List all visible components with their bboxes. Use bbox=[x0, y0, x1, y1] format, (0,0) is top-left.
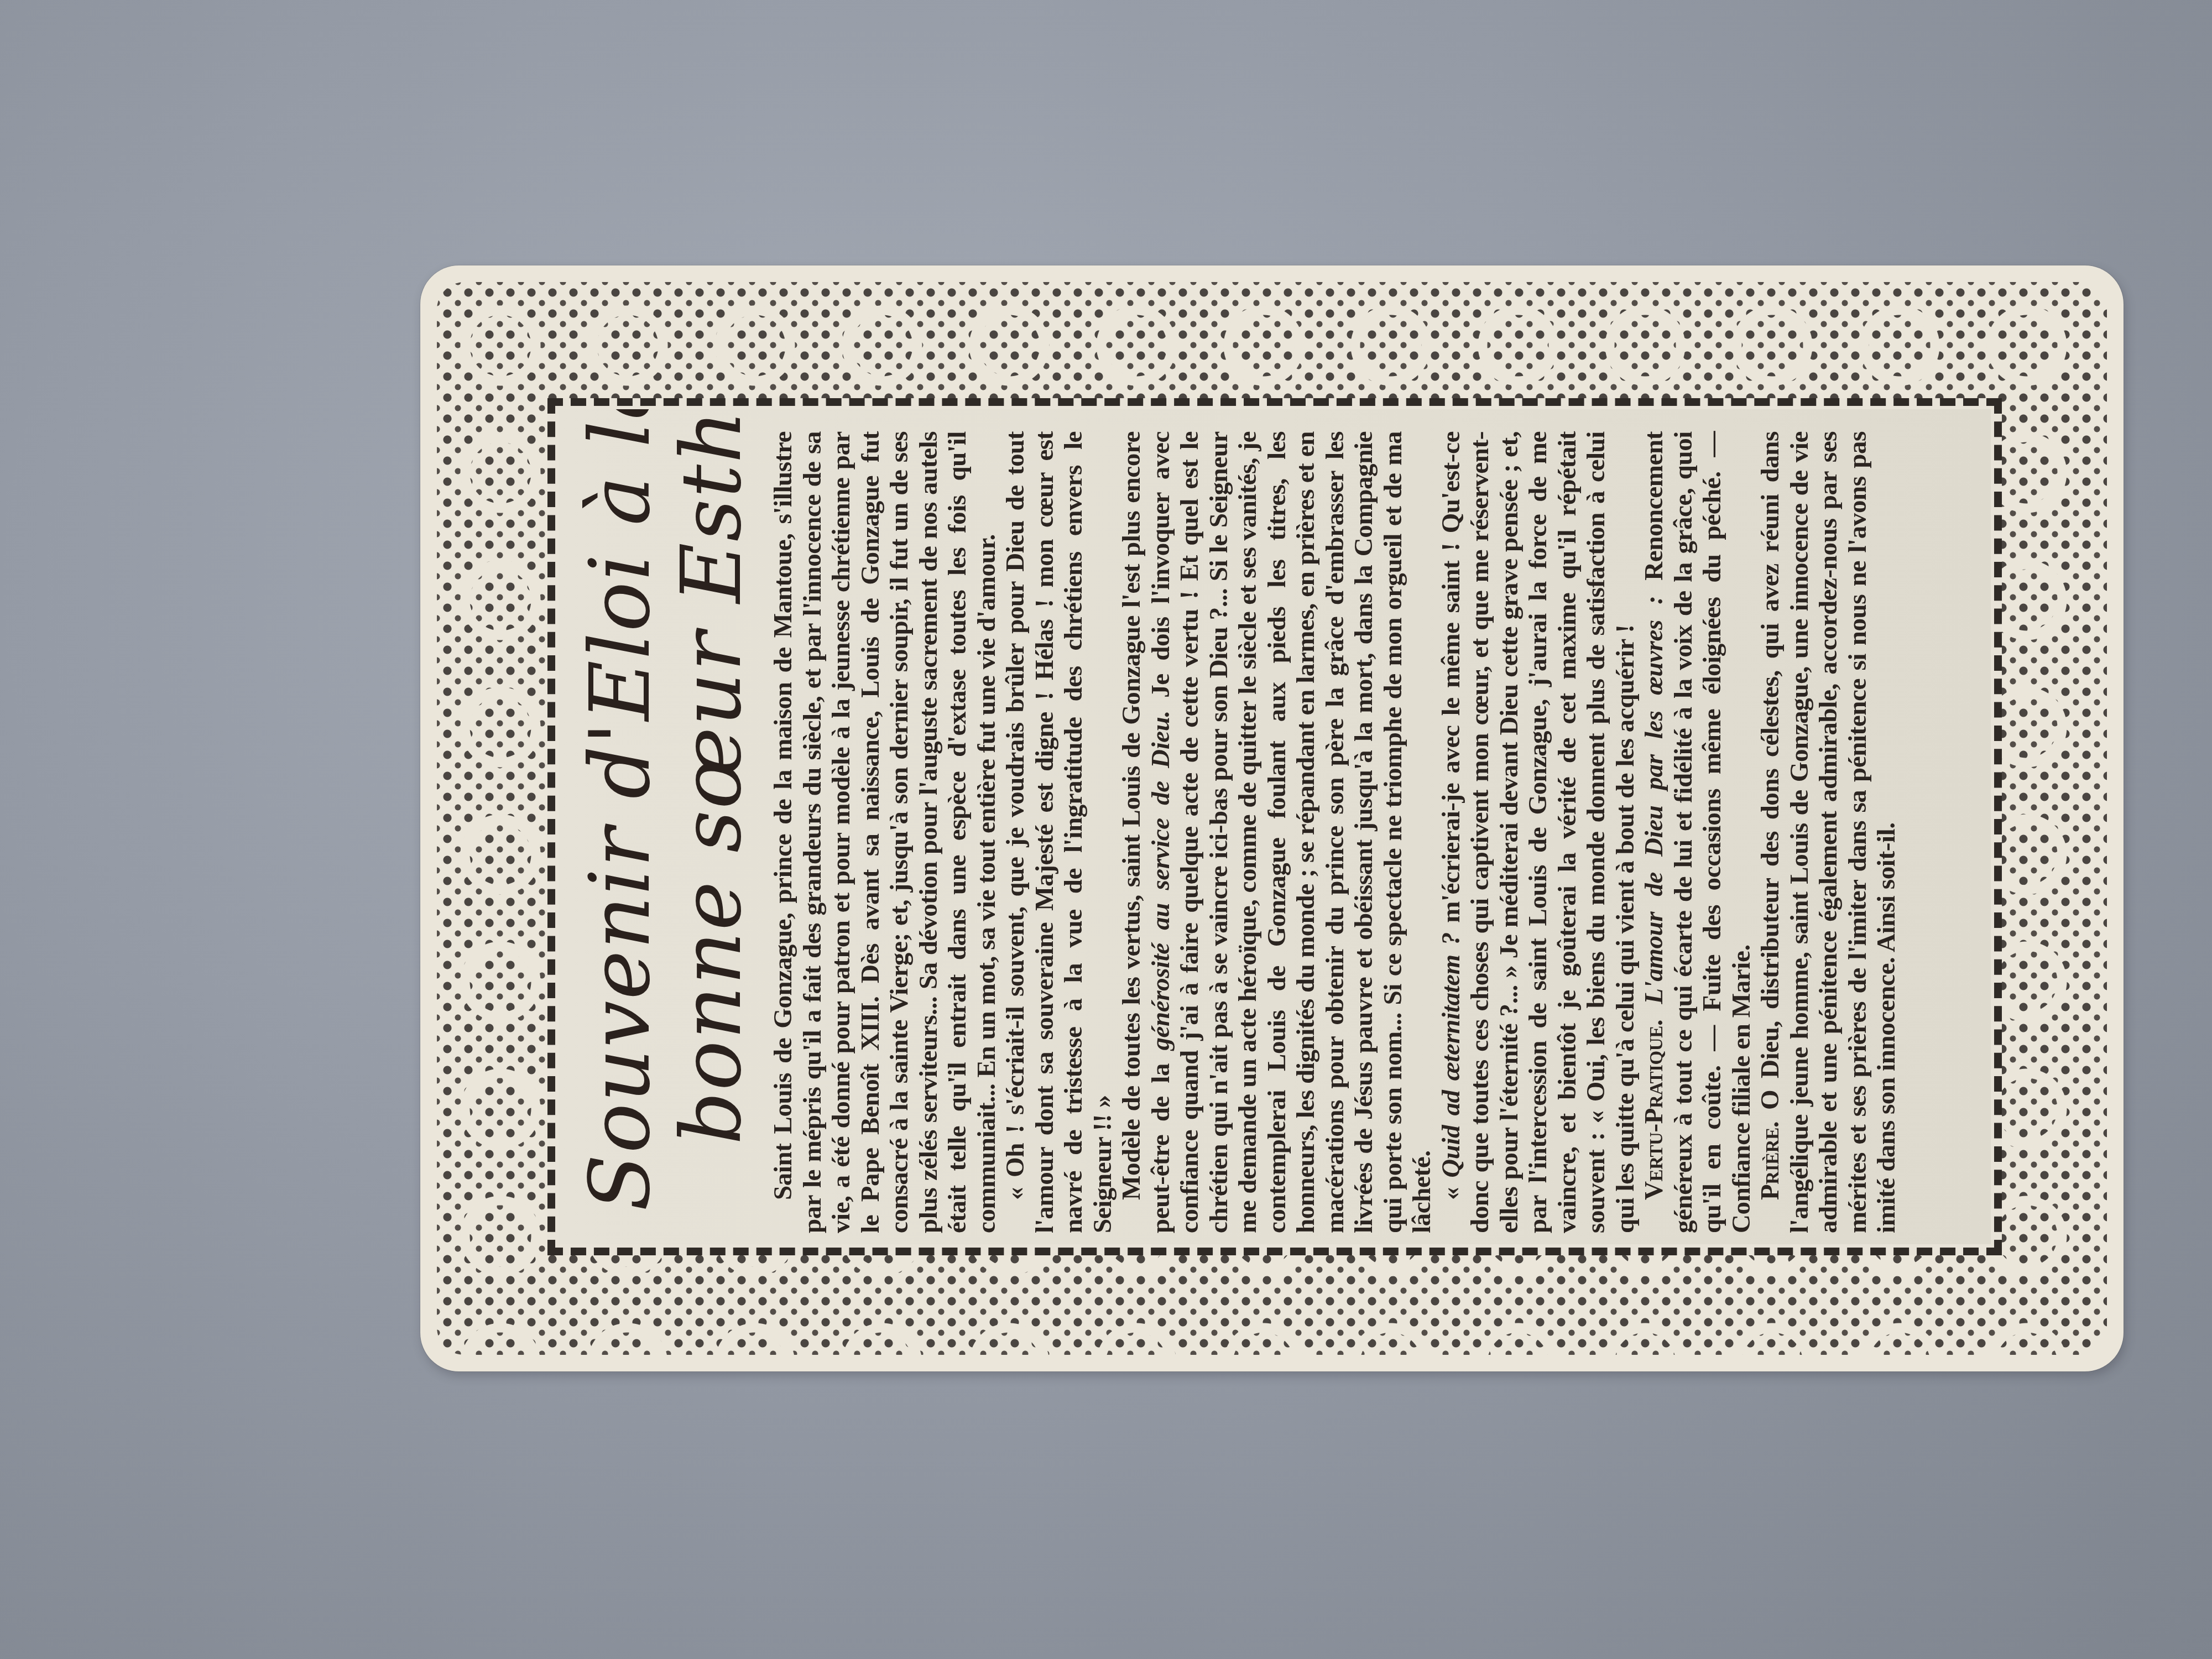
text-segment: O Dieu, distributeur des dons célestes, … bbox=[1756, 431, 1901, 1233]
text-segment: Je dois l'invoquer avec confiance quand … bbox=[1146, 431, 1437, 1233]
inscription-line-2: bonne sœur Esther bbox=[666, 431, 758, 1211]
italic-segment: générosité au service de Dieu. bbox=[1146, 711, 1175, 1050]
italic-segment: L'amour de Dieu par les œuvres : bbox=[1640, 596, 1668, 1004]
printed-text: Saint Louis de Gonzague, prince de la ma… bbox=[769, 431, 1901, 1233]
paragraph-quote: « Oh ! s'écriait-il souvent, que je voud… bbox=[1001, 431, 1117, 1233]
text-panel: Souvenir d'Eloi à la bonne sœur Esther S… bbox=[559, 409, 1991, 1244]
section-label: Vertu-Pratique. bbox=[1640, 1020, 1668, 1200]
text-segment: m'écrierai-je avec le même saint ! Qu'es… bbox=[1437, 431, 1640, 1233]
section-label: Prière. bbox=[1756, 1121, 1785, 1200]
handwritten-inscription: Souvenir d'Eloi à la bonne sœur Esther bbox=[575, 431, 758, 1211]
paragraph-eternity: « Quid ad æternitatem ? m'écrierai-je av… bbox=[1437, 431, 1640, 1233]
lace-holy-card: Souvenir d'Eloi à la bonne sœur Esther S… bbox=[420, 265, 2124, 1371]
paragraph-model: Modèle de toutes les vertus, saint Louis… bbox=[1117, 431, 1437, 1233]
paragraph-priere: Prière. O Dieu, distributeur des dons cé… bbox=[1756, 431, 1901, 1233]
paragraph-biography: Saint Louis de Gonzague, prince de la ma… bbox=[769, 431, 1001, 1233]
rotated-content: Souvenir d'Eloi à la bonne sœur Esther S… bbox=[559, 409, 1991, 1244]
italic-latin-phrase: Quid ad æternitatem ? bbox=[1437, 932, 1465, 1178]
paragraph-vertu-pratique: Vertu-Pratique. L'amour de Dieu par les … bbox=[1640, 431, 1756, 1233]
text-segment: « bbox=[1437, 1178, 1465, 1200]
inscription-line-1: Souvenir d'Eloi à la bbox=[575, 431, 666, 1211]
